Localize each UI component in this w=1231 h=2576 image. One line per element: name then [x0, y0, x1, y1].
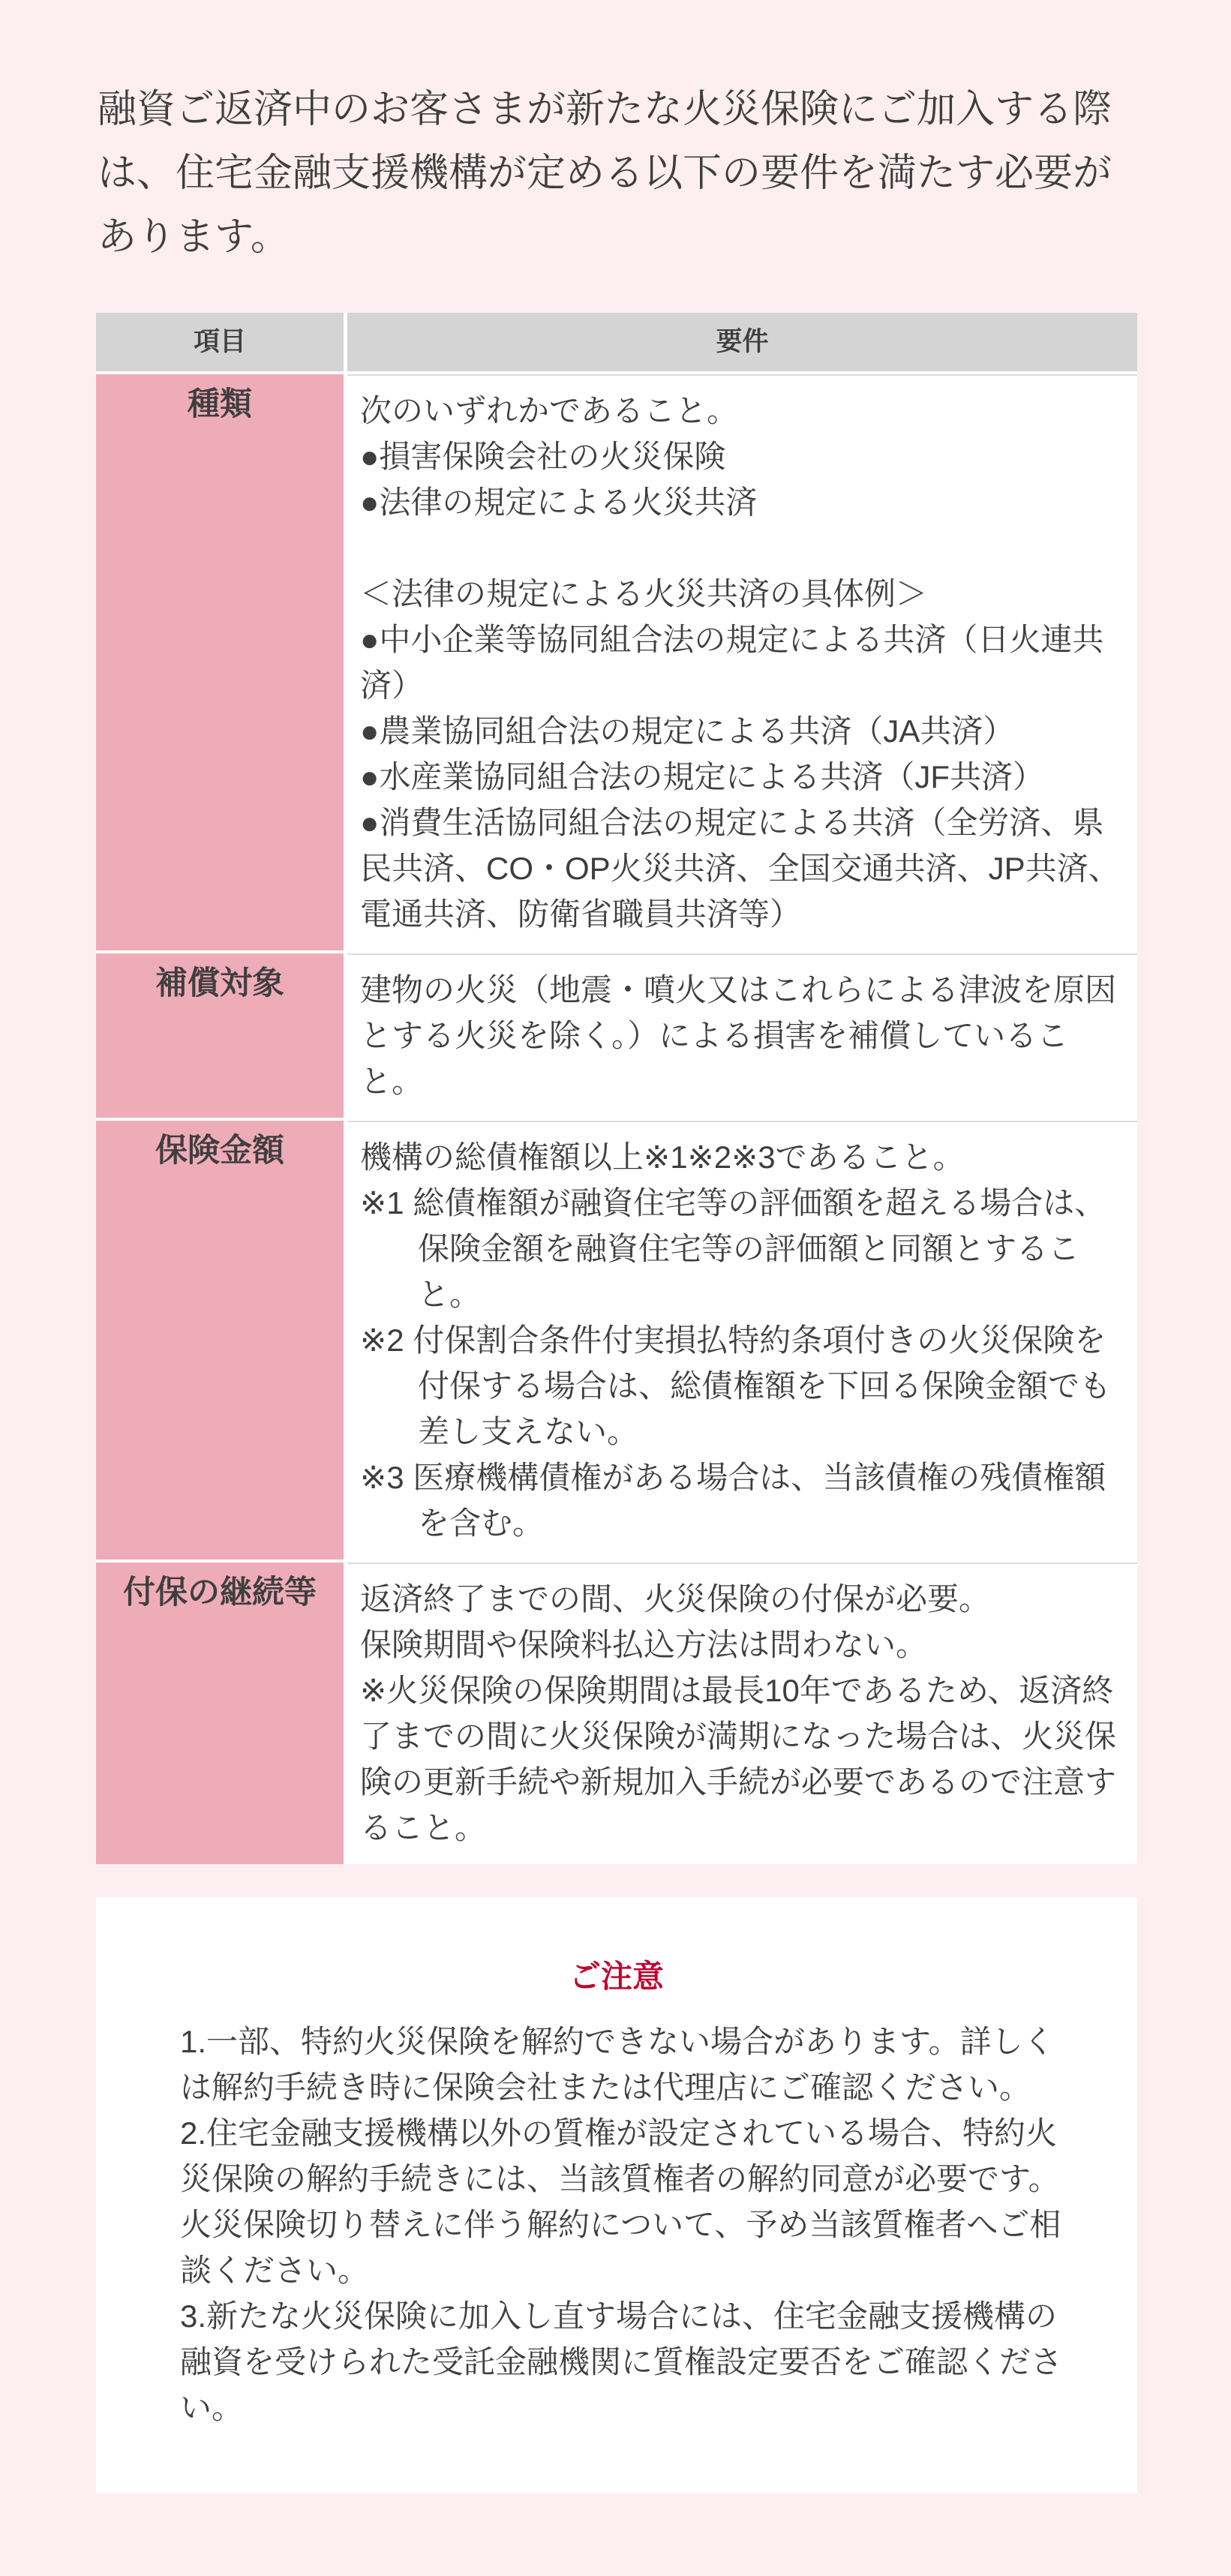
text-line: 災保険の解約手続きには、当該質権者の解約同意が必要です。	[180, 2156, 1053, 2202]
table-row: 種類次のいずれかであること。●損害保険会社の火災保険●法律の規定による火災共済＜…	[96, 371, 1137, 950]
text-line: ●中小企業等協同組合法の規定による共済（日火連共	[360, 617, 1125, 662]
text-line: を含む。	[360, 1500, 1125, 1546]
row-label: 補償対象	[96, 950, 347, 1118]
text-line: ●損害保険会社の火災保険	[360, 434, 1125, 479]
text-line: ●消費生活協同組合法の規定による共済（全労済、県	[360, 800, 1125, 845]
text-line: 済）	[360, 662, 1125, 708]
row-label: 保険金額	[96, 1118, 347, 1560]
notice-box: ご注意 1.一部、特約火災保険を解約できない場合があります。詳しくは解約手続き時…	[96, 1897, 1137, 2493]
text-line: 電通共済、防衛省職員共済等）	[360, 891, 1125, 937]
text-line: とする火災を除く。）による損害を補償しているこ	[360, 1013, 1125, 1058]
text-line: 談ください。	[180, 2247, 1053, 2293]
text-line: 3.新たな火災保険に加入し直す場合には、住宅金融支援機構の	[180, 2293, 1053, 2339]
text-line: は、住宅金融支援機構が定める以下の要件を満たす必要が	[98, 142, 1231, 206]
intro-paragraph: 融資ご返済中のお客さまが新たな火災保険にご加入する際は、住宅金融支援機構が定める…	[0, 0, 1231, 269]
row-requirement: 次のいずれかであること。●損害保険会社の火災保険●法律の規定による火災共済＜法律…	[347, 371, 1137, 950]
text-line: 差し支えない。	[360, 1409, 1125, 1455]
text-line: 融資を受けられた受託金融機関に質権設定要否をご確認くださ	[180, 2339, 1053, 2385]
text-line: 付保する場合は、総債権額を下回る保険金額でも	[360, 1363, 1125, 1409]
blank-line	[360, 525, 1125, 571]
table-row: 補償対象建物の火災（地震・噴火又はこれらによる津波を原因とする火災を除く。）によ…	[96, 950, 1137, 1118]
text-line: ※2 付保割合条件付実損払特約条項付きの火災保険を	[360, 1317, 1125, 1363]
text-line: ●水産業協同組合法の規定による共済（JF共済）	[360, 754, 1125, 800]
table-header-requirement: 要件	[347, 313, 1137, 371]
text-line: い。	[180, 2385, 1053, 2430]
text-line: 了までの間に火災保険が満期になった場合は、火災保	[360, 1713, 1125, 1759]
text-line: 民共済、CO・OP火災共済、全国交通共済、JP共済、	[360, 845, 1125, 891]
text-line: と。	[360, 1058, 1125, 1104]
text-line: 1.一部、特約火災保険を解約できない場合があります。詳しく	[180, 2019, 1053, 2064]
row-label: 付保の継続等	[96, 1560, 347, 1864]
text-line: ※火災保険の保険期間は最長10年であるため、返済終	[360, 1668, 1125, 1713]
text-line: あります。	[98, 206, 1231, 269]
table-header-row: 項目 要件	[96, 313, 1137, 371]
text-line: ※1 総債権額が融資住宅等の評価額を超える場合は、	[360, 1180, 1125, 1226]
text-line: は解約手続き時に保険会社または代理店にご確認ください。	[180, 2064, 1053, 2110]
text-line: ＜法律の規定による火災共済の具体例＞	[360, 571, 1125, 617]
text-line: 建物の火災（地震・噴火又はこれらによる津波を原因	[360, 967, 1125, 1013]
text-line: 保険金額を融資住宅等の評価額と同額とするこ	[360, 1226, 1125, 1271]
text-line: ●法律の規定による火災共済	[360, 479, 1125, 525]
text-line: と。	[360, 1271, 1125, 1317]
table-row: 保険金額機構の総債権額以上※1※2※3であること。※1 総債権額が融資住宅等の評…	[96, 1118, 1137, 1560]
text-line: ること。	[360, 1805, 1125, 1851]
text-line: 険の更新手続や新規加入手続が必要であるので注意す	[360, 1759, 1125, 1805]
text-line: 機構の総債権額以上※1※2※3であること。	[360, 1134, 1125, 1180]
text-line: ※3 医療機構債権がある場合は、当該債権の残債権額	[360, 1455, 1125, 1500]
requirements-table: 項目 要件 種類次のいずれかであること。●損害保険会社の火災保険●法律の規定によ…	[96, 313, 1137, 1864]
notice-body: 1.一部、特約火災保険を解約できない場合があります。詳しくは解約手続き時に保険会…	[180, 2019, 1053, 2430]
row-requirement: 建物の火災（地震・噴火又はこれらによる津波を原因とする火災を除く。）による損害を…	[347, 950, 1137, 1118]
text-line: 返済終了までの間、火災保険の付保が必要。	[360, 1576, 1125, 1622]
row-requirement: 機構の総債権額以上※1※2※3であること。※1 総債権額が融資住宅等の評価額を超…	[347, 1118, 1137, 1560]
notice-title: ご注意	[180, 1960, 1053, 1993]
table-header-item: 項目	[96, 313, 347, 371]
text-line: 次のいずれかであること。	[360, 388, 1125, 434]
text-line: 保険期間や保険料払込方法は問わない。	[360, 1622, 1125, 1668]
text-line: 融資ご返済中のお客さまが新たな火災保険にご加入する際	[98, 78, 1231, 142]
table-row: 付保の継続等返済終了までの間、火災保険の付保が必要。保険期間や保険料払込方法は問…	[96, 1560, 1137, 1864]
row-label: 種類	[96, 371, 347, 950]
text-line: 火災保険切り替えに伴う解約について、予め当該質権者へご相	[180, 2202, 1053, 2247]
row-requirement: 返済終了までの間、火災保険の付保が必要。保険期間や保険料払込方法は問わない。※火…	[347, 1560, 1137, 1864]
text-line: ●農業協同組合法の規定による共済（JA共済）	[360, 708, 1125, 754]
text-line: 2.住宅金融支援機構以外の質権が設定されている場合、特約火	[180, 2110, 1053, 2156]
